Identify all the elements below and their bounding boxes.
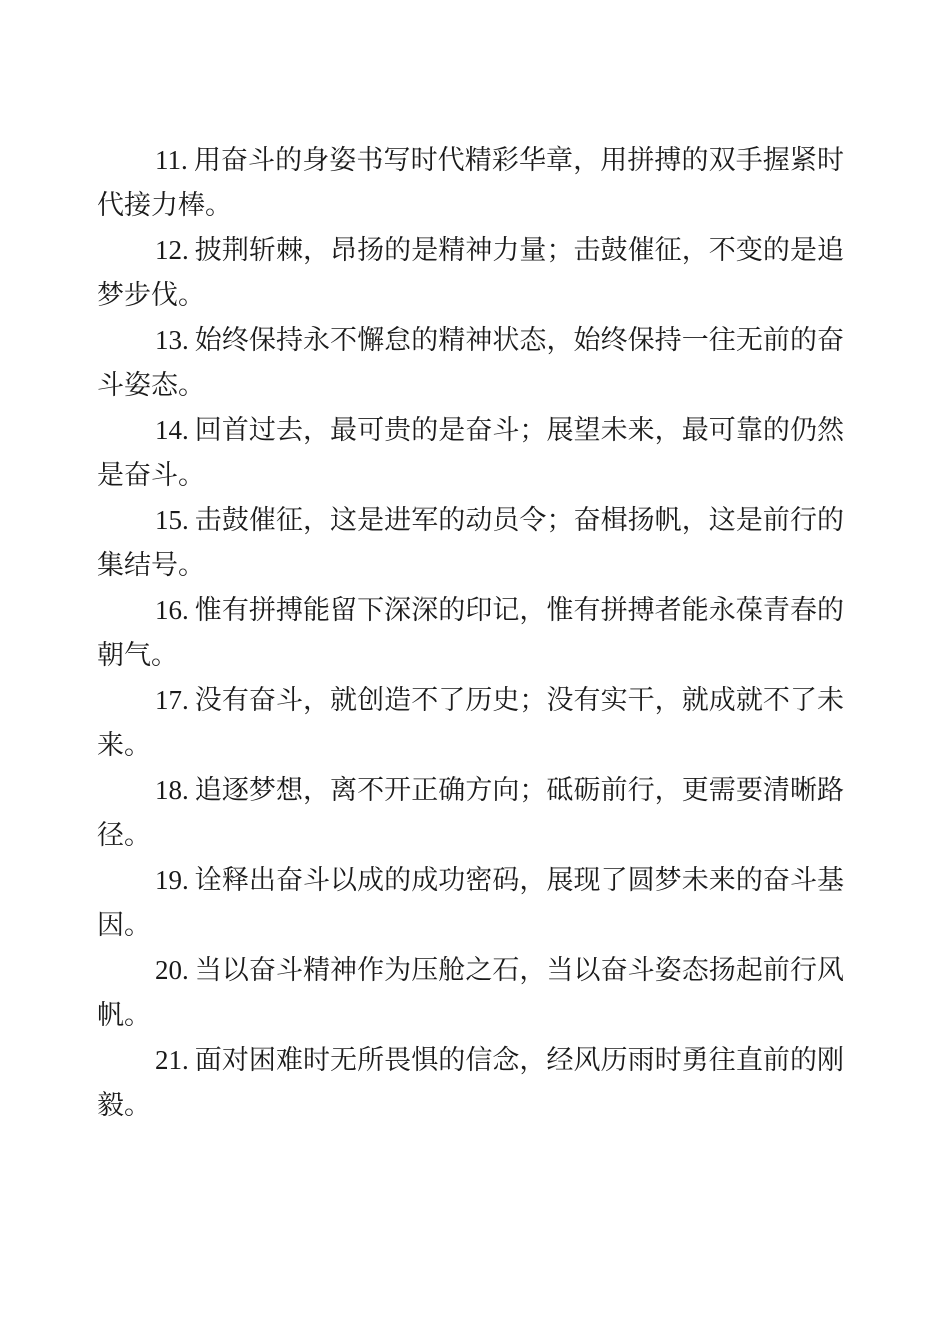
document-page: 11.用奋斗的身姿书写时代精彩华章，用拼搏的双手握紧时代接力棒。 12.披荆斩棘…: [0, 0, 950, 1344]
item-number: 14.: [155, 415, 195, 445]
item-text: 当以奋斗精神作为压舱之石，当以奋斗姿态扬起前行风帆。: [97, 955, 844, 1030]
item-text: 追逐梦想，离不开正确方向；砥砺前行，更需要清晰路径。: [97, 775, 844, 850]
list-item: 18.追逐梦想，离不开正确方向；砥砺前行，更需要清晰路径。: [97, 768, 844, 858]
item-number: 16.: [155, 595, 195, 625]
item-text: 始终保持永不懈怠的精神状态，始终保持一往无前的奋斗姿态。: [97, 325, 844, 400]
item-number: 11.: [155, 145, 194, 175]
list-item: 21.面对困难时无所畏惧的信念，经风历雨时勇往直前的刚毅。: [97, 1038, 844, 1128]
item-number: 13.: [155, 325, 195, 355]
item-text: 用奋斗的身姿书写时代精彩华章，用拼搏的双手握紧时代接力棒。: [97, 145, 844, 220]
paragraph-list: 11.用奋斗的身姿书写时代精彩华章，用拼搏的双手握紧时代接力棒。 12.披荆斩棘…: [97, 138, 844, 1128]
list-item: 17.没有奋斗，就创造不了历史；没有实干，就成就不了未来。: [97, 678, 844, 768]
item-number: 19.: [155, 865, 195, 895]
list-item: 15.击鼓催征，这是进军的动员令；奋楫扬帆，这是前行的集结号。: [97, 498, 844, 588]
item-number: 21.: [155, 1045, 195, 1075]
item-number: 15.: [155, 505, 195, 535]
item-text: 诠释出奋斗以成的成功密码，展现了圆梦未来的奋斗基因。: [97, 865, 844, 940]
item-text: 回首过去，最可贵的是奋斗；展望未来，最可靠的仍然是奋斗。: [97, 415, 844, 490]
item-text: 击鼓催征，这是进军的动员令；奋楫扬帆，这是前行的集结号。: [97, 505, 844, 580]
item-text: 没有奋斗，就创造不了历史；没有实干，就成就不了未来。: [97, 685, 844, 760]
item-number: 18.: [155, 775, 195, 805]
item-text: 面对困难时无所畏惧的信念，经风历雨时勇往直前的刚毅。: [97, 1045, 844, 1120]
list-item: 13.始终保持永不懈怠的精神状态，始终保持一往无前的奋斗姿态。: [97, 318, 844, 408]
item-text: 惟有拼搏能留下深深的印记，惟有拼搏者能永葆青春的朝气。: [97, 595, 844, 670]
item-text: 披荆斩棘，昂扬的是精神力量；击鼓催征，不变的是追梦步伐。: [97, 235, 844, 310]
list-item: 11.用奋斗的身姿书写时代精彩华章，用拼搏的双手握紧时代接力棒。: [97, 138, 844, 228]
item-number: 20.: [155, 955, 195, 985]
item-number: 17.: [155, 685, 195, 715]
list-item: 19.诠释出奋斗以成的成功密码，展现了圆梦未来的奋斗基因。: [97, 858, 844, 948]
list-item: 16.惟有拼搏能留下深深的印记，惟有拼搏者能永葆青春的朝气。: [97, 588, 844, 678]
list-item: 14.回首过去，最可贵的是奋斗；展望未来，最可靠的仍然是奋斗。: [97, 408, 844, 498]
list-item: 20.当以奋斗精神作为压舱之石，当以奋斗姿态扬起前行风帆。: [97, 948, 844, 1038]
item-number: 12.: [155, 235, 195, 265]
list-item: 12.披荆斩棘，昂扬的是精神力量；击鼓催征，不变的是追梦步伐。: [97, 228, 844, 318]
